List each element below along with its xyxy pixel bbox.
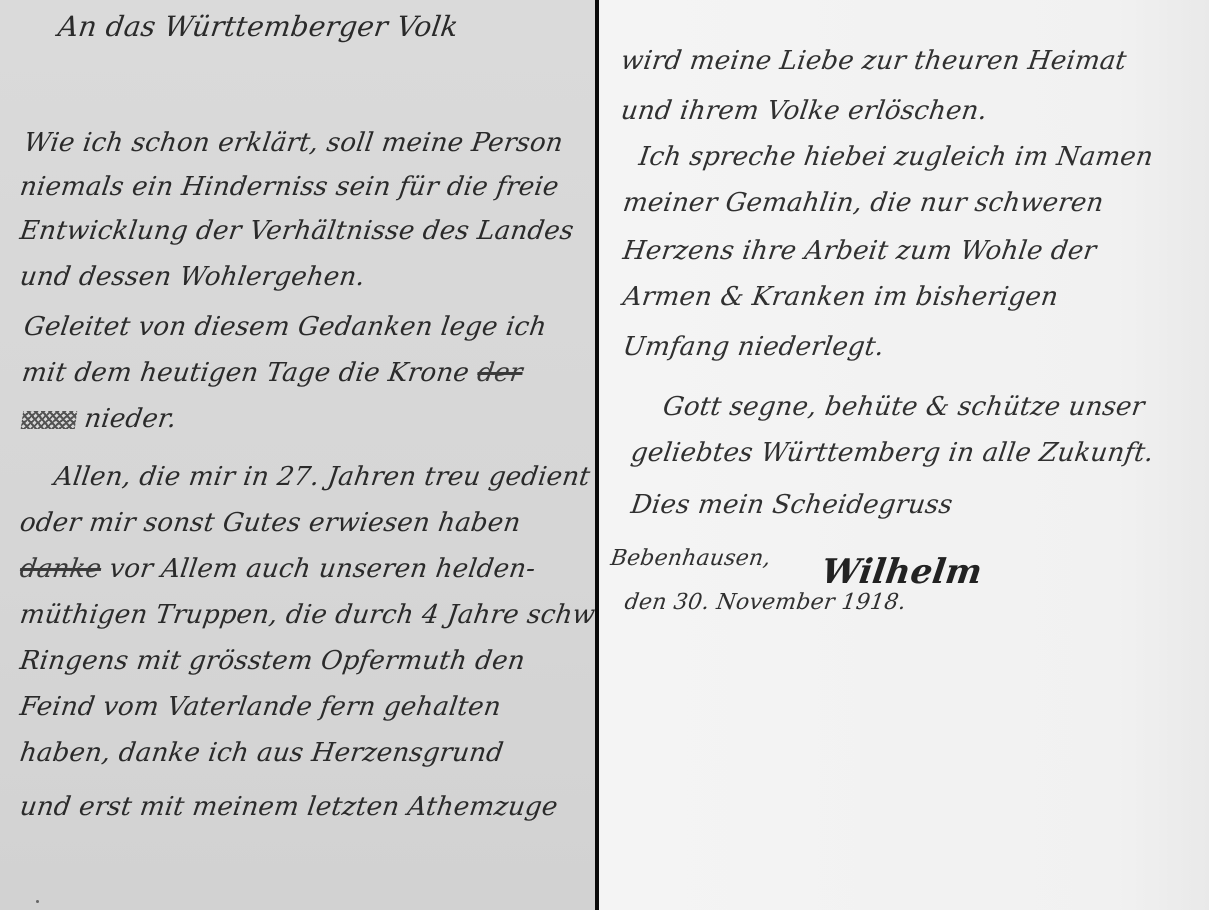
- text-line: Geleitet von diesem Gedanken lege ich: [22, 312, 549, 342]
- text-segment: mit dem heutigen Tage die Krone: [20, 358, 471, 388]
- text-line: Allen, die mir in 27. Jahren treu gedien…: [52, 462, 592, 492]
- text-line: und erst mit meinem letzten Athemzuge: [18, 792, 560, 822]
- text-line: haben, danke ich aus Herzensgrund: [18, 738, 505, 768]
- text-line: Ich spreche hiebei zugleich im Namen: [637, 142, 1155, 172]
- text-line: mit dem heutigen Tage die Krone der: [20, 358, 525, 388]
- text-line: Wie ich schon erklärt, soll meine Person: [22, 128, 565, 158]
- left-page: An das Württemberger Volk Wie ich schon …: [0, 0, 595, 910]
- text-segment: nieder.: [82, 404, 178, 434]
- struck-word: danke: [18, 554, 103, 584]
- text-line: Entwicklung der Verhältnisse des Landes: [18, 216, 576, 246]
- letter-title: An das Württemberger Volk: [56, 10, 460, 43]
- text-line: danke vor Allem auch unseren helden-: [18, 554, 537, 584]
- text-line: Armen & Kranken im bisherigen: [621, 282, 1060, 312]
- text-line: müthigen Truppen, die durch 4 Jahre schw…: [18, 600, 595, 630]
- text-line: oder mir sonst Gutes erwiesen haben: [18, 508, 523, 538]
- signature: Wilhelm: [819, 552, 985, 592]
- place-line: Bebenhausen,: [609, 546, 772, 571]
- text-line: nieder.: [20, 404, 178, 434]
- document-spread: An das Württemberger Volk Wie ich schon …: [0, 0, 1209, 910]
- crossed-out-word: [21, 411, 78, 429]
- text-segment: vor Allem auch unseren helden-: [108, 554, 538, 584]
- ink-speck: [36, 900, 39, 903]
- text-line: meiner Gemahlin, die nur schweren: [621, 188, 1106, 218]
- text-line: Dies mein Scheidegruss: [629, 490, 954, 520]
- text-line: wird meine Liebe zur theuren Heimat: [619, 46, 1128, 76]
- text-line: Feind vom Vaterlande fern gehalten: [18, 692, 503, 722]
- text-line: Herzens ihre Arbeit zum Wohle der: [621, 236, 1098, 266]
- text-line: Ringens mit grösstem Opfermuth den: [18, 646, 527, 676]
- text-line: und ihrem Volke erlöschen.: [619, 96, 989, 126]
- text-line: Gott segne, behüte & schütze unser: [661, 392, 1147, 422]
- struck-word: der: [475, 358, 524, 388]
- text-line: und dessen Wohlergehen.: [18, 262, 367, 292]
- text-line: niemals ein Hinderniss sein für die frei…: [18, 172, 561, 202]
- text-line: geliebtes Württemberg in alle Zukunft.: [629, 438, 1156, 468]
- right-page: wird meine Liebe zur theuren Heimat und …: [599, 0, 1209, 910]
- date-line: den 30. November 1918.: [623, 590, 908, 615]
- text-line: Umfang niederlegt.: [621, 332, 886, 362]
